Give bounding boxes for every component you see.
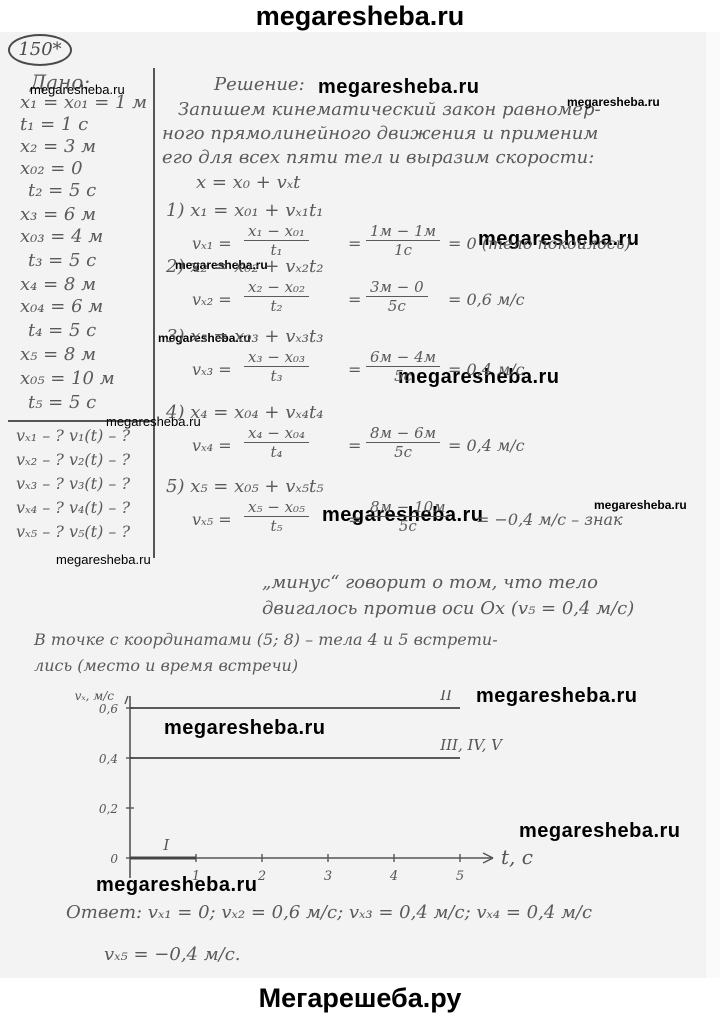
watermark: megaresheba.ru <box>56 552 151 567</box>
velocity-label: vₓ₃ = <box>192 360 232 379</box>
fraction-values: 8м − 6м5с <box>366 424 440 461</box>
step-result: = 0,4 м/с <box>448 360 525 379</box>
equals-sign: = <box>348 290 361 309</box>
equals-sign: = <box>348 510 361 529</box>
y-axis-arrow <box>125 696 128 704</box>
fraction-formula: x₁ − x₀₁t₁ <box>244 222 309 259</box>
step-equation: 1) x₁ = x₀₁ + vₓ₁t₁ <box>166 200 323 221</box>
watermark: megaresheba.ru <box>318 76 480 99</box>
velocity-label: vₓ₁ = <box>192 234 232 253</box>
fraction-values: 6м − 4м5с <box>366 348 440 385</box>
given-line: x₀₅ = 10 м <box>20 368 115 389</box>
step-equation: 2) x₂ = x₀₂ + vₓ₂t₂ <box>166 256 323 277</box>
intro-line-1: Запишем кинематический закон равномер- <box>178 99 601 120</box>
step-result: = 0 (тело покоилось) <box>448 234 631 253</box>
answer-line-2: vₓ₅ = −0,4 м/с. <box>104 944 241 965</box>
given-line: x₂ = 3 м <box>20 136 96 157</box>
series-label: I <box>162 836 170 854</box>
given-line: t₃ = 5 с <box>28 250 96 271</box>
velocity-label: vₓ₅ = <box>192 510 232 529</box>
given-line: x₀₃ = 4 м <box>20 226 103 247</box>
given-line: x₃ = 6 м <box>20 204 96 225</box>
answer-line-1: Ответ: vₓ₁ = 0; vₓ₂ = 0,6 м/с; vₓ₃ = 0,4… <box>66 902 592 923</box>
step-equation: 4) x₄ = x₀₄ + vₓ₄t₄ <box>166 402 323 423</box>
given-line: t₅ = 5 с <box>28 392 96 413</box>
watermark: megaresheba.ru <box>519 820 681 843</box>
step-result: = 0,4 м/с <box>448 436 525 455</box>
step-result: = −0,4 м/с – знак <box>476 510 623 529</box>
given-line: x₁ = x₀₁ = 1 м <box>20 92 147 113</box>
divider-vertical <box>153 68 155 558</box>
step-result: = 0,6 м/с <box>448 290 525 309</box>
fraction-values: 8м − 10м5с <box>366 498 450 535</box>
step-equation: 5) x₅ = x₀₅ + vₓ₅t₅ <box>166 476 323 497</box>
unknown-line: vₓ₂ – ? v₂(t) – ? <box>16 450 130 469</box>
solution-title: Решение: <box>214 74 305 95</box>
kinematic-law: x = x₀ + vₓt <box>196 172 300 193</box>
x-tick-label: 3 <box>324 869 332 884</box>
fraction-formula: x₄ − x₀₄t₄ <box>244 424 309 461</box>
x-axis-label: t, c <box>501 845 533 869</box>
meeting-note-2: лись (место и время встречи) <box>34 656 298 675</box>
watermark: megaresheba.ru <box>96 874 258 897</box>
fraction-values: 1м − 1м1с <box>366 222 440 259</box>
minus-note-1: „минус“ говорит о том, что тело <box>262 572 598 593</box>
equals-sign: = <box>348 234 361 253</box>
y-axis-label: vₓ, м/с <box>75 690 115 703</box>
fraction-formula: x₅ − x₀₅t₅ <box>244 498 309 535</box>
given-line: x₅ = 8 м <box>20 344 96 365</box>
equals-sign: = <box>348 436 361 455</box>
watermark: megaresheba.ru <box>476 685 638 708</box>
site-header[interactable]: megaresheba.ru <box>0 0 720 32</box>
given-line: x₀₂ = 0 <box>20 158 83 179</box>
problem-number: 150* <box>8 34 72 66</box>
series-label: III, IV, V <box>439 736 504 754</box>
velocity-label: vₓ₄ = <box>192 436 232 455</box>
given-line: t₄ = 5 с <box>28 320 96 341</box>
velocity-time-chart: 1234500,20,40,6t, cvₓ, м/сIIIIII, IV, V <box>0 690 720 890</box>
site-footer[interactable]: Мегарешеба.ру <box>0 980 720 1016</box>
step-equation: 3) x₃ = x₀₃ + vₓ₃t₃ <box>166 326 323 347</box>
velocity-label: vₓ₂ = <box>192 290 232 309</box>
fraction-values: 3м − 05с <box>366 278 428 315</box>
minus-note-2: двигалось против оси Ox (v₅ = 0,4 м/с) <box>262 598 634 619</box>
watermark: megaresheba.ru <box>164 717 326 740</box>
given-line: x₀₄ = 6 м <box>20 296 103 317</box>
given-line: t₁ = 1 с <box>20 114 88 135</box>
intro-line-3: его для всех пяти тел и выразим скорости… <box>162 147 594 168</box>
unknown-line: vₓ₄ – ? v₄(t) – ? <box>16 498 130 517</box>
y-tick-label: 0 <box>110 852 118 866</box>
given-line: x₄ = 8 м <box>20 274 96 295</box>
intro-line-2: ного прямолинейного движения и применим <box>162 123 598 144</box>
unknown-line: vₓ₃ – ? v₃(t) – ? <box>16 474 130 493</box>
watermark: megaresheba.ru <box>567 95 660 109</box>
y-tick-label: 0,2 <box>99 802 118 816</box>
x-tick-label: 4 <box>389 869 398 884</box>
meeting-note-1: В точке с координатами (5; 8) – тела 4 и… <box>34 630 498 649</box>
unknown-line: vₓ₁ – ? v₁(t) – ? <box>16 426 130 445</box>
equals-sign: = <box>348 360 361 379</box>
x-tick-label: 2 <box>257 869 266 884</box>
x-tick-label: 5 <box>456 869 464 884</box>
y-tick-label: 0,4 <box>99 752 118 766</box>
y-tick-label: 0,6 <box>99 702 118 716</box>
series-label: II <box>439 690 453 704</box>
fraction-formula: x₂ − x₀₂t₂ <box>244 278 309 315</box>
given-line: t₂ = 5 с <box>28 180 96 201</box>
fraction-formula: x₃ − x₀₃t₃ <box>244 348 309 385</box>
unknown-line: vₓ₅ – ? v₅(t) – ? <box>16 522 130 541</box>
